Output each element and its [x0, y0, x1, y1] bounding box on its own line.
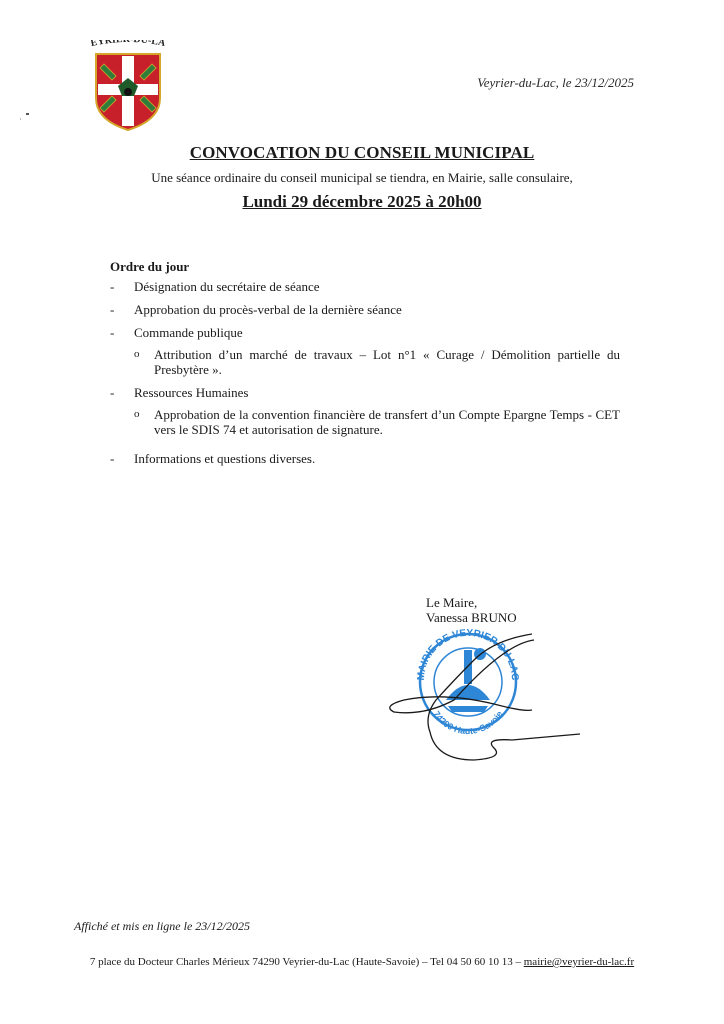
dash-bullet: -: [110, 279, 114, 294]
agenda-subitem-text: Attribution d’un marché de travaux – Lot…: [154, 347, 620, 377]
municipal-crest-logo: VEYRIER-DU-LAC: [88, 40, 168, 132]
posting-notice: Affiché et mis en ligne le 23/12/2025: [74, 919, 250, 934]
agenda-item: - Commande publique o Attribution d’un m…: [110, 325, 620, 377]
agenda-item-label: Commande publique: [134, 325, 243, 340]
footer-address: 7 place du Docteur Charles Mérieux 74290…: [90, 956, 524, 968]
agenda-item: - Désignation du secrétaire de séance: [110, 279, 620, 294]
circle-bullet: o: [134, 347, 140, 362]
dash-bullet: -: [110, 451, 114, 466]
official-stamp-and-signature: MAIRIE DE VEYRIER DU LAC 74290 Haute-Sav…: [384, 620, 584, 770]
dash-bullet: -: [110, 325, 114, 340]
scan-speck: [18, 112, 32, 122]
agenda-item: - Ressources Humaines o Approbation de l…: [110, 385, 620, 437]
agenda-subitem-text: Approbation de la convention financière …: [154, 407, 620, 437]
place-and-date: Veyrier-du-Lac, le 23/12/2025: [477, 75, 634, 91]
agenda-item-label: Approbation du procès-verbal de la derni…: [134, 302, 402, 317]
svg-text:VEYRIER-DU-LAC: VEYRIER-DU-LAC: [88, 40, 167, 49]
agenda-list: - Désignation du secrétaire de séance - …: [110, 279, 620, 474]
agenda-subitem: o Approbation de la convention financièr…: [110, 407, 620, 437]
agenda-item-label: Informations et questions diverses.: [134, 451, 315, 466]
agenda-item: - Approbation du procès-verbal de la der…: [110, 302, 620, 317]
agenda-subitem: o Attribution d’un marché de travaux – L…: [110, 347, 620, 377]
svg-text:74290 Haute-Savoie: 74290 Haute-Savoie: [431, 709, 504, 736]
signatory-role: Le Maire,: [426, 595, 517, 610]
footer-email-link[interactable]: mairie@veyrier-du-lac.fr: [524, 956, 634, 968]
agenda-item-label: Désignation du secrétaire de séance: [134, 279, 320, 294]
meeting-date: Lundi 29 décembre 2025 à 20h00: [0, 192, 724, 212]
dash-bullet: -: [110, 385, 114, 400]
document-title: CONVOCATION DU CONSEIL MUNICIPAL: [0, 143, 724, 163]
agenda-item-label: Ressources Humaines: [134, 385, 248, 400]
agenda-item: - Informations et questions diverses.: [110, 451, 620, 466]
dash-bullet: -: [110, 302, 114, 317]
agenda-heading: Ordre du jour: [110, 259, 189, 275]
footer-contact: 7 place du Docteur Charles Mérieux 74290…: [0, 956, 724, 968]
meeting-intro: Une séance ordinaire du conseil municipa…: [0, 170, 724, 186]
circle-bullet: o: [134, 407, 140, 422]
